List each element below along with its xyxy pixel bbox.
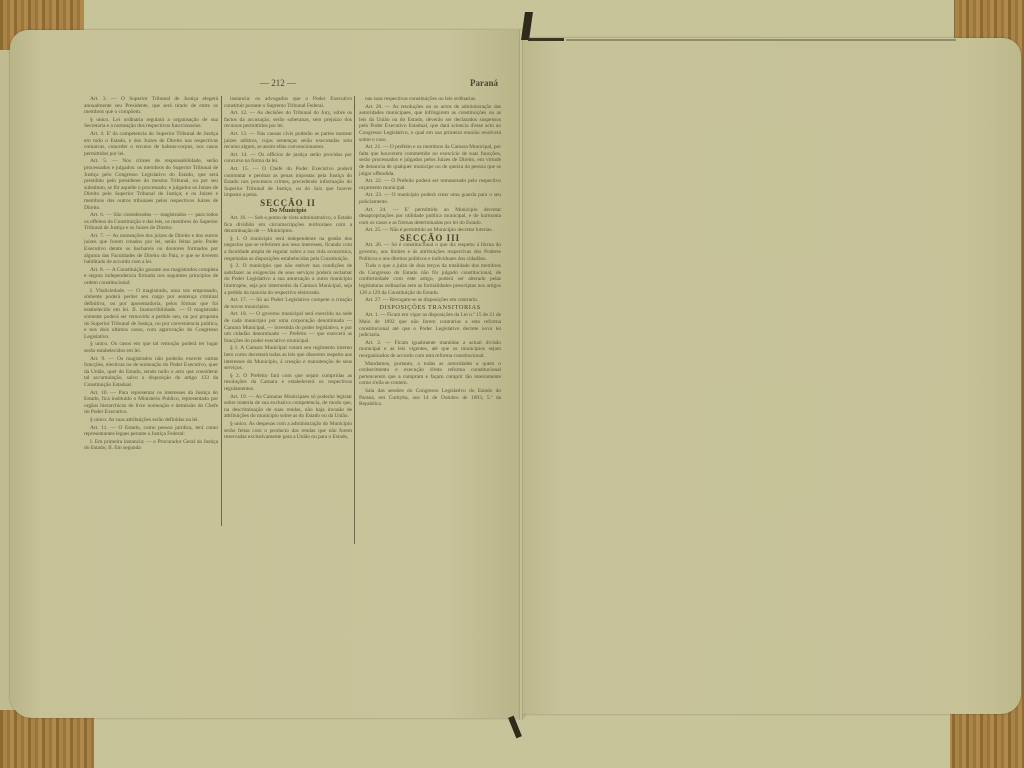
column-rule-1 <box>221 96 222 526</box>
paragraph: § unico. As suas attribuições serão defi… <box>84 417 218 424</box>
text-column-2: instancia: os advogados que o Poder Exec… <box>224 96 352 536</box>
paragraph: Art. 14. — Os officios de justiça serão … <box>224 152 352 165</box>
paragraph: Mandamos, portanto, a todas as autoridad… <box>359 361 501 387</box>
text-column-1: Art. 3. — O Superior Tribunal de Justiça… <box>84 96 218 526</box>
paragraph: § 2. O municipio que não estiver nas con… <box>224 263 352 296</box>
paragraph: Art. 15. — O Chefe do Poder Executivo po… <box>224 166 352 199</box>
paragraph: Art. 26. — Só é constitucional o que diz… <box>359 242 501 262</box>
paragraph: Art. 18. — O governo municipal será exer… <box>224 311 352 344</box>
paragraph: § 1. A Camara Municipal votará seu regim… <box>224 345 352 371</box>
paragraph: Art. 10. — Para representar os interesse… <box>84 390 218 416</box>
page-edge-shadow <box>566 39 956 41</box>
paragraph: Tudo o que a juizo de dois terços da tot… <box>359 263 501 296</box>
paragraph: Sala das sessões do Congresso Legislativ… <box>359 388 501 408</box>
right-page-blank <box>521 38 1021 714</box>
paragraph: instancia: os advogados que o Poder Exec… <box>224 96 352 109</box>
paragraph: Art. 24. — E' permittido ao Municipio de… <box>359 207 501 227</box>
paragraph: Art. 19. — As Camaras Municipaes só pode… <box>224 394 352 420</box>
transitory-heading: DISPOSIÇÕES TRANSITORIAS <box>359 305 501 312</box>
section-heading: SECÇÃO III <box>359 235 501 242</box>
paragraph: Art. 1. — Ficam em vigor as disposições … <box>359 312 501 338</box>
paragraph: § unico. Lei ordinaria regulará a organi… <box>84 117 218 130</box>
paragraph: Art. 22. — O Prefeito poderá ser remuner… <box>359 178 501 191</box>
paragraph: Art. 16. — Sob o ponto de vista administ… <box>224 215 352 235</box>
paragraph: Art. 12. — As decisões do Tribunal do Ju… <box>224 110 352 130</box>
paragraph: I. Vitaliciedade. — O magistrado, uma ve… <box>84 288 218 341</box>
paragraph: Art. 20. — As resoluções ou os actos de … <box>359 104 501 144</box>
paragraph: nas suas respectivas constituições ou le… <box>359 96 501 103</box>
paragraph: Art. 21. — O prefeito e os membros da Ca… <box>359 144 501 177</box>
book-spine <box>519 30 523 720</box>
paragraph: Art. 7. — As nomeações dos juizes de Dir… <box>84 233 218 266</box>
paragraph: Art. 5. — Nos crimes de responsabilidade… <box>84 158 218 211</box>
paragraph: Art. 13. — Nas causas civis poderão as p… <box>224 131 352 151</box>
paragraph: Art. 3. — O Superior Tribunal de Justiça… <box>84 96 218 116</box>
paragraph: § unico. Os casos em que tal remoção pod… <box>84 341 218 354</box>
page-number: — 212 — <box>260 78 296 88</box>
paragraph: Art. 8. — A Constituição garante aos mag… <box>84 267 218 287</box>
paragraph: § 1. O municipio será independente na ge… <box>224 236 352 262</box>
binding-tear-top-edge <box>528 38 564 41</box>
paragraph: Art. 6. — São considerados — magistrados… <box>84 212 218 232</box>
paragraph: Art. 11. — O Estado, como pessoa juridic… <box>84 425 218 438</box>
section-subheading: Do Municipio <box>224 208 352 215</box>
column-rule-2 <box>354 96 355 544</box>
running-head: Paraná <box>470 78 498 88</box>
section-heading: SECÇÃO II <box>224 200 352 207</box>
paragraph: Art. 2. — Ficam igualmente mantidas a ac… <box>359 340 501 360</box>
paragraph: § 2. O Prefeito fará com que sejam cumpr… <box>224 373 352 393</box>
paragraph: Art. 27. — Revogam-se as disposições em … <box>359 297 501 304</box>
paragraph: Art. 23. — O municipio poderá crear uma … <box>359 192 501 205</box>
paragraph: Art. 4. E' da competencia do Superior Tr… <box>84 131 218 157</box>
paragraph: § unico. As despesas com a administração… <box>224 421 352 441</box>
paragraph: I. Em primeira instancia: — o Procurador… <box>84 439 218 452</box>
paragraph: Art. 17. — Só ao Poder Legislativo compe… <box>224 297 352 310</box>
text-column-3: nas suas respectivas constituições ou le… <box>359 96 501 536</box>
paragraph: Art. 9. — Os magistrados não poderão exe… <box>84 356 218 389</box>
